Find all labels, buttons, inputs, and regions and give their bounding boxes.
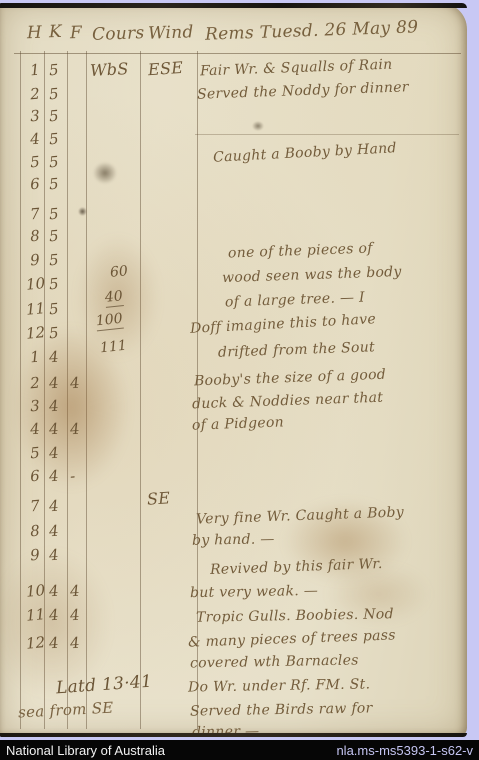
- log-row: 64-: [0, 467, 200, 489]
- knots-cell: 5: [48, 107, 59, 126]
- knots-cell: 5: [48, 175, 59, 194]
- remark-line: but very weak. —: [190, 583, 318, 601]
- knots-cell: 5: [48, 153, 59, 172]
- knots-cell: 5: [48, 205, 59, 224]
- knots-cell: 4: [48, 348, 59, 367]
- log-row: 65: [0, 175, 200, 197]
- knots-cell: 4: [48, 420, 59, 439]
- knots-cell: 4: [48, 546, 59, 565]
- log-row: 244: [0, 374, 200, 396]
- fathoms-cell: -: [69, 467, 76, 485]
- caption-bar: National Library of Australia nla.ms-ms5…: [0, 740, 479, 760]
- hour-cell: 1: [25, 347, 45, 367]
- remark-line: Doff imagine this to have: [190, 311, 377, 337]
- column-header-wind: Wind: [148, 22, 194, 44]
- column-header-fathoms: F: [70, 23, 83, 43]
- log-row: 85: [0, 227, 200, 249]
- log-row: 25: [0, 85, 200, 107]
- knots-cell: 5: [48, 251, 59, 270]
- remark-line: duck & Noddies near that: [192, 390, 384, 413]
- log-row: 75: [0, 205, 200, 227]
- log-row: 94: [0, 546, 200, 568]
- log-row: 1244: [0, 634, 200, 656]
- distance-figure: 60: [109, 263, 128, 281]
- fathoms-cell: 4: [69, 420, 80, 439]
- catalog-id: nla.ms-ms5393-1-s62-v: [336, 743, 473, 758]
- latitude-entry: Latd 13·41: [55, 672, 152, 699]
- hour-cell: 6: [25, 466, 45, 486]
- remark-line: by hand. —: [192, 531, 275, 548]
- hour-cell: 4: [25, 419, 45, 439]
- log-row: 55: [0, 153, 200, 175]
- log-row: 45: [0, 130, 200, 152]
- hour-cell: 8: [25, 226, 45, 246]
- hour-cell: 7: [25, 204, 45, 224]
- knots-cell: 4: [48, 467, 59, 486]
- remark-line: Served the Birds raw for: [190, 700, 373, 719]
- hour-cell: 5: [25, 443, 45, 463]
- fathoms-cell: 4: [69, 606, 80, 625]
- knots-cell: 5: [48, 324, 59, 343]
- remark-line: Revived by this fair Wr.: [210, 556, 383, 578]
- log-row: 15: [0, 61, 200, 83]
- remarks-rule: [195, 134, 459, 135]
- fathoms-cell: 4: [69, 374, 80, 393]
- remark-line: dinner —: [192, 723, 260, 740]
- column-header-hours: H: [27, 23, 43, 44]
- remark-line: of a Pidgeon: [192, 414, 285, 433]
- log-row: 95: [0, 251, 200, 273]
- header-rule: [14, 53, 461, 54]
- knots-cell: 5: [48, 130, 59, 149]
- manuscript-page: H K F Cours Wind Rems Tuesd. 26 May 89 W…: [0, 3, 467, 737]
- hour-cell: 3: [25, 396, 45, 416]
- fathoms-cell: 4: [69, 634, 80, 653]
- hour-cell: 12: [25, 633, 45, 653]
- knots-cell: 5: [48, 85, 59, 104]
- remark-line: & many pieces of trees pass: [188, 627, 396, 650]
- remark-line: Caught a Booby by Hand: [213, 140, 397, 166]
- log-row: 1144: [0, 606, 200, 628]
- hour-cell: 1: [25, 60, 45, 80]
- distance-figure: 100: [95, 311, 123, 332]
- knots-cell: 5: [48, 275, 59, 294]
- hour-cell: 11: [25, 299, 45, 319]
- remark-line: Tropic Gulls. Boobies. Nod: [196, 606, 394, 625]
- knots-cell: 4: [48, 444, 59, 463]
- column-header-knots: K: [49, 22, 63, 42]
- knots-cell: 4: [48, 606, 59, 625]
- remark-line: drifted from the Sout: [218, 339, 375, 360]
- log-row: 34: [0, 397, 200, 419]
- distance-figure: 111: [99, 338, 127, 357]
- hour-cell: 6: [25, 174, 45, 194]
- hour-cell: 11: [25, 605, 45, 625]
- log-row: 105: [0, 275, 200, 297]
- column-header-courses: Cours: [92, 23, 145, 45]
- hour-cell: 2: [25, 373, 45, 393]
- log-row: 35: [0, 107, 200, 129]
- knots-cell: 4: [48, 634, 59, 653]
- remark-line: one of the pieces of: [228, 240, 373, 261]
- ink-blot: [252, 121, 264, 131]
- knots-cell: 4: [48, 374, 59, 393]
- remark-line: of a large tree. — I: [225, 290, 365, 311]
- remark-line: Fair Wr. & Squalls of Rain: [200, 57, 393, 80]
- log-row: 444: [0, 420, 200, 442]
- hour-cell: 9: [25, 250, 45, 270]
- distance-figure: 40: [104, 288, 124, 308]
- remark-line: Served the Noddy for dinner: [197, 79, 409, 102]
- sea-direction-entry: sea from SE: [18, 699, 114, 722]
- knots-cell: 5: [48, 227, 59, 246]
- remark-line: Very fine Wr. Caught a Boby: [196, 504, 404, 527]
- log-row: 74: [0, 497, 200, 519]
- hour-cell: 8: [25, 521, 45, 541]
- log-row: 1044: [0, 582, 200, 604]
- remark-line: wood seen was the body: [222, 264, 402, 286]
- knots-cell: 4: [48, 522, 59, 541]
- log-row: 54: [0, 444, 200, 466]
- knots-cell: 5: [48, 61, 59, 80]
- log-row: 84: [0, 522, 200, 544]
- hour-cell: 9: [25, 545, 45, 565]
- hour-cell: 12: [25, 323, 45, 343]
- remark-line: covered wth Barnacles: [190, 653, 359, 672]
- knots-cell: 5: [48, 300, 59, 319]
- hour-cell: 10: [25, 581, 45, 601]
- hour-cell: 4: [25, 129, 45, 149]
- remarks-title: Rems Tuesd. 26 May 89: [205, 17, 419, 44]
- hour-cell: 2: [25, 84, 45, 104]
- hour-cell: 10: [25, 274, 45, 294]
- hour-cell: 3: [25, 106, 45, 126]
- library-name: National Library of Australia: [6, 743, 165, 758]
- hour-cell: 7: [25, 496, 45, 516]
- knots-cell: 4: [48, 497, 59, 516]
- hour-cell: 5: [25, 152, 45, 172]
- knots-cell: 4: [48, 397, 59, 416]
- scanned-logbook-viewer: H K F Cours Wind Rems Tuesd. 26 May 89 W…: [0, 0, 479, 760]
- knots-cell: 4: [48, 582, 59, 601]
- fathoms-cell: 4: [69, 582, 80, 601]
- remark-line: Booby's the size of a good: [194, 367, 387, 390]
- remark-line: Do Wr. under Rf. FM. St.: [188, 676, 371, 695]
